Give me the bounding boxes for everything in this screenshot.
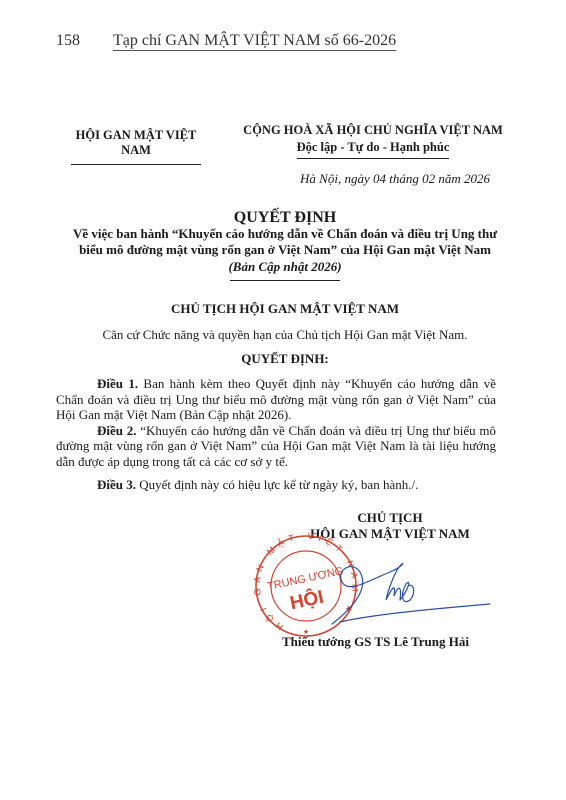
- edition-note: (Bản Cập nhật 2026): [228, 259, 341, 275]
- date-line: Hà Nội, ngày 04 tháng 02 năm 2026: [270, 171, 520, 187]
- legal-basis: Căn cứ Chức năng và quyền hạn của Chủ tị…: [40, 327, 530, 343]
- organization-underline: [71, 164, 201, 165]
- articles: Điều 1. Ban hành kèm theo Quyết định này…: [56, 376, 496, 492]
- organization-name: HỘI GAN MẬT VIỆT NAM: [60, 128, 212, 158]
- article-text: Quyết định này có hiệu lực kể từ ngày ký…: [136, 477, 418, 492]
- decision-subheading: QUYẾT ĐỊNH:: [40, 351, 530, 367]
- national-header: CỘNG HOÀ XÃ HỘI CHỦ NGHĨA VIỆT NAM Độc l…: [228, 122, 518, 159]
- article-3: Điều 3. Quyết định này có hiệu lực kể từ…: [56, 477, 496, 493]
- decision-title-block: QUYẾT ĐỊNH Về việc ban hành “Khuyến cáo …: [40, 209, 530, 281]
- issuer-heading: CHỦ TỊCH HỘI GAN MẬT VIỆT NAM: [40, 301, 530, 317]
- signer-position: CHỦ TỊCH: [270, 510, 510, 526]
- decision-heading: QUYẾT ĐỊNH: [40, 209, 530, 226]
- article-1: Điều 1. Ban hành kèm theo Quyết định này…: [56, 376, 496, 423]
- country-name: CỘNG HOÀ XÃ HỘI CHỦ NGHĨA VIỆT NAM: [228, 122, 518, 139]
- article-2: Điều 2. “Khuyến cáo hướng dẫn về Chẩn đo…: [56, 423, 496, 470]
- article-label: Điều 2.: [97, 423, 137, 438]
- handwritten-signature-icon: [330, 560, 530, 630]
- issuing-organization: HỘI GAN MẬT VIỆT NAM: [60, 128, 212, 165]
- page-number: 158: [56, 32, 80, 50]
- article-label: Điều 1.: [97, 376, 138, 391]
- svg-text:HỘI: HỘI: [288, 586, 326, 615]
- subject-line-2: biểu mô đường mật vùng rốn gan ở Việt Na…: [40, 242, 530, 258]
- title-underline: [230, 280, 340, 281]
- subject-line-1: Về việc ban hành “Khuyến cáo hướng dẫn v…: [40, 226, 530, 242]
- signer-name: Thiếu tướng GS TS Lê Trung Hải: [282, 634, 522, 650]
- journal-title: Tạp chí GAN MẬT VIỆT NAM số 66-2026: [113, 32, 396, 51]
- national-motto: Độc lập - Tự do - Hạnh phúc: [297, 139, 450, 159]
- article-label: Điều 3.: [97, 477, 136, 492]
